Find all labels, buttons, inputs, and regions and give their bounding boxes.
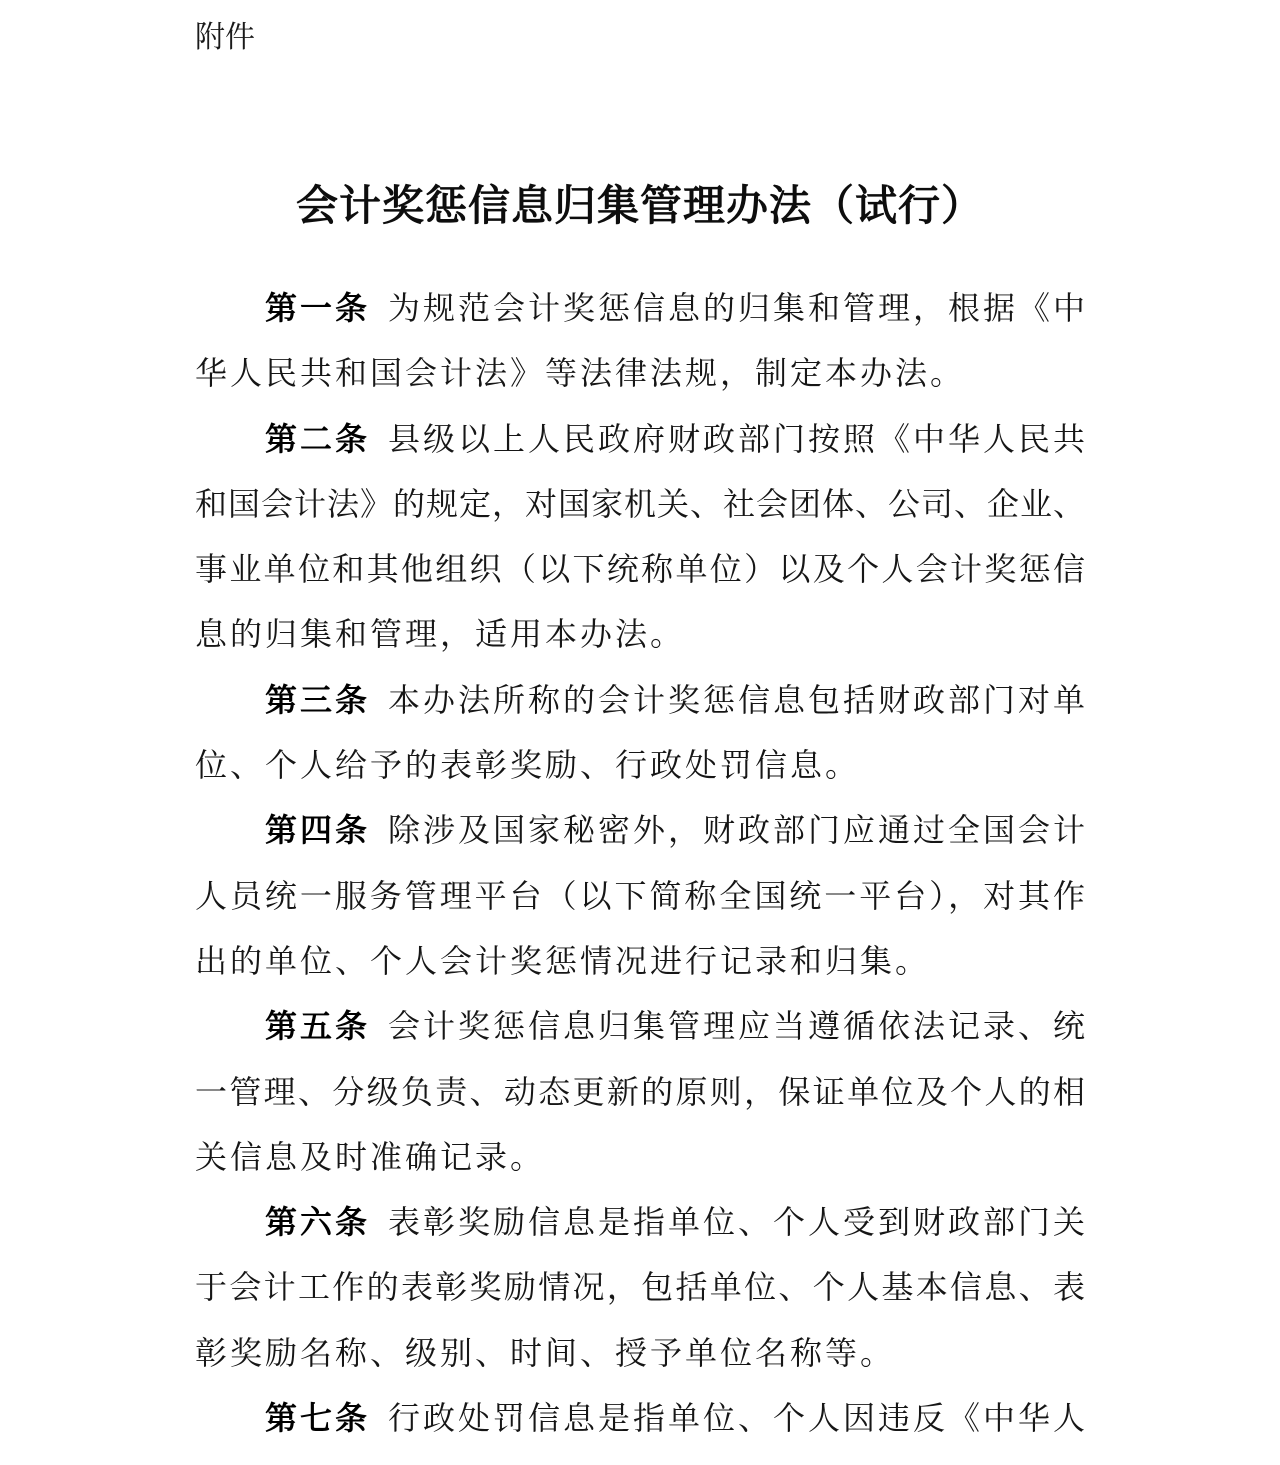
article-line: 第六条表彰奖励信息是指单位、个人受到财政部门关 — [195, 1190, 1085, 1255]
article-number: 第六条 — [265, 1203, 370, 1241]
article-line: 出的单位、个人会计奖惩情况进行记录和归集。 — [195, 929, 1085, 994]
article-line: 华人民共和国会计法》等法律法规，制定本办法。 — [195, 341, 1085, 406]
article-line: 事业单位和其他组织（以下统称单位）以及个人会计奖惩信 — [195, 537, 1085, 602]
article-line: 一管理、分级负责、动态更新的原则，保证单位及个人的相 — [195, 1060, 1085, 1125]
article-2: 第二条县级以上人民政府财政部门按照《中华人民共 和国会计法》的规定，对国家机关、… — [195, 407, 1085, 668]
article-6: 第六条表彰奖励信息是指单位、个人受到财政部门关 于会计工作的表彰奖励情况，包括单… — [195, 1190, 1085, 1386]
article-number: 第二条 — [265, 420, 370, 458]
article-text: 表彰奖励信息是指单位、个人受到财政部门关 — [388, 1203, 1085, 1241]
attachment-label: 附件 — [195, 18, 255, 58]
article-text: 除涉及国家秘密外，财政部门应通过全国会计 — [388, 811, 1085, 849]
article-line: 第三条本办法所称的会计奖惩信息包括财政部门对单 — [195, 668, 1085, 733]
article-text: 本办法所称的会计奖惩信息包括财政部门对单 — [388, 681, 1085, 719]
article-line: 第二条县级以上人民政府财政部门按照《中华人民共 — [195, 407, 1085, 472]
article-line: 彰奖励名称、级别、时间、授予单位名称等。 — [195, 1321, 1085, 1386]
article-line: 息的归集和管理，适用本办法。 — [195, 602, 1085, 667]
article-7: 第七条行政处罚信息是指单位、个人因违反《中华人 — [195, 1386, 1085, 1451]
article-line: 关信息及时准确记录。 — [195, 1125, 1085, 1190]
article-line: 人员统一服务管理平台（以下简称全国统一平台），对其作 — [195, 864, 1085, 929]
article-line: 和国会计法》的规定，对国家机关、社会团体、公司、企业、 — [195, 472, 1085, 537]
article-text: 会计奖惩信息归集管理应当遵循依法记录、统 — [388, 1007, 1085, 1045]
article-line: 第五条会计奖惩信息归集管理应当遵循依法记录、统 — [195, 994, 1085, 1059]
article-text: 县级以上人民政府财政部门按照《中华人民共 — [388, 420, 1085, 458]
article-text: 行政处罚信息是指单位、个人因违反《中华人 — [388, 1399, 1085, 1437]
article-number: 第七条 — [265, 1399, 370, 1437]
article-4: 第四条除涉及国家秘密外，财政部门应通过全国会计 人员统一服务管理平台（以下简称全… — [195, 798, 1085, 994]
article-5: 第五条会计奖惩信息归集管理应当遵循依法记录、统 一管理、分级负责、动态更新的原则… — [195, 994, 1085, 1190]
article-line: 位、个人给予的表彰奖励、行政处罚信息。 — [195, 733, 1085, 798]
article-number: 第五条 — [265, 1007, 370, 1045]
document-body: 第一条为规范会计奖惩信息的归集和管理，根据《中 华人民共和国会计法》等法律法规，… — [195, 276, 1085, 1451]
article-line: 第七条行政处罚信息是指单位、个人因违反《中华人 — [195, 1386, 1085, 1451]
article-line: 第四条除涉及国家秘密外，财政部门应通过全国会计 — [195, 798, 1085, 863]
article-line: 第一条为规范会计奖惩信息的归集和管理，根据《中 — [195, 276, 1085, 341]
article-line: 于会计工作的表彰奖励情况，包括单位、个人基本信息、表 — [195, 1255, 1085, 1320]
document-title: 会计奖惩信息归集管理办法（试行） — [0, 180, 1280, 232]
article-text: 为规范会计奖惩信息的归集和管理，根据《中 — [388, 289, 1085, 327]
article-number: 第三条 — [265, 681, 370, 719]
article-number: 第四条 — [265, 811, 370, 849]
article-3: 第三条本办法所称的会计奖惩信息包括财政部门对单 位、个人给予的表彰奖励、行政处罚… — [195, 668, 1085, 799]
article-1: 第一条为规范会计奖惩信息的归集和管理，根据《中 华人民共和国会计法》等法律法规，… — [195, 276, 1085, 407]
article-number: 第一条 — [265, 289, 370, 327]
